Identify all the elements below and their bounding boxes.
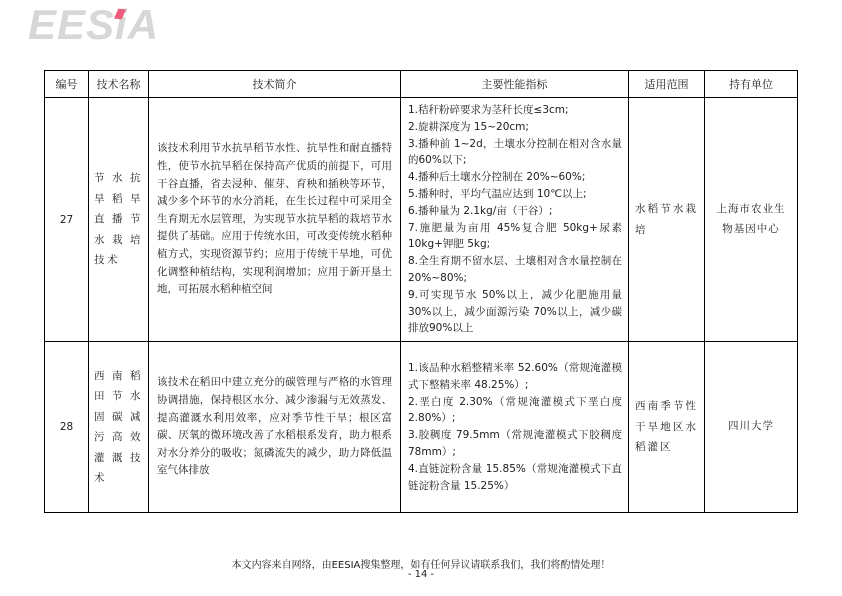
col-header-tech-name: 技术名称 [89,71,149,98]
indicator-line: 2.旋耕深度为 15~20cm; [408,119,622,136]
table-header-row: 编号 技术名称 技术简介 主要性能指标 适用范围 持有单位 [45,71,798,98]
row27-tech-name: 节水抗旱稻旱直播节水栽培技术 [89,98,149,342]
indicator-line: 7.施肥量为亩用 45%复合肥 50kg+尿素 10kg+钾肥 5kg; [408,220,622,254]
indicator-line: 4.播种后土壤水分控制在 20%~60%; [408,169,622,186]
col-header-tech-intro: 技术简介 [149,71,401,98]
eesia-logo-text: EESiA [28,1,159,48]
row27-holder: 上海市农业生物基因中心 [705,98,798,342]
row28-scope: 西南季节性干旱地区水稻灌区 [629,342,705,513]
page-number: - 14 - [0,569,842,580]
col-header-scope: 适用范围 [629,71,705,98]
eesia-logo: EESiA [28,2,159,48]
indicator-line: 9.可实现节水 50%以上，减少化肥施用量 30%以上，减少面源污染 70%以上… [408,287,622,337]
table-row: 27 节水抗旱稻旱直播节水栽培技术 该技术利用节水抗旱稻节水性、抗旱性和耐直播特… [45,98,798,342]
technology-table: 编号 技术名称 技术简介 主要性能指标 适用范围 持有单位 27 节水抗旱稻旱直… [44,70,798,513]
row28-number: 28 [45,342,89,513]
col-header-number: 编号 [45,71,89,98]
col-header-holder: 持有单位 [705,71,798,98]
row28-holder: 四川大学 [705,342,798,513]
row27-scope: 水稻节水栽培 [629,98,705,342]
indicator-line: 5.播种时，平均气温应达到 10℃以上; [408,186,622,203]
indicator-line: 8.全生育期不留水层、土壤相对含水量控制在20%~80%; [408,253,622,287]
row28-performance: 1.该品种水稻整精米率 52.60%（常规淹灌模式下整精米率 48.25%）; … [401,342,629,513]
indicator-line: 4.直链淀粉含量 15.85%（常规淹灌模式下直链淀粉含量 15.25%） [408,461,622,495]
document-page: EESiA 编号 技术名称 技术简介 主要性能指标 适用范围 持有单位 27 节… [0,0,842,596]
indicator-line: 3.播种前 1~2d，土壤水分控制在相对含水量的60%以下; [408,136,622,170]
row27-number: 27 [45,98,89,342]
col-header-performance: 主要性能指标 [401,71,629,98]
row28-tech-intro: 该技术在稻田中建立充分的碳管理与严格的水管理协调措施，保持根区水分、减少渗漏与无… [149,342,401,513]
indicator-line: 3.胶稠度 79.5mm（常规淹灌模式下胶稠度78mm）; [408,427,622,461]
table-row: 28 西南稻田节水固碳减污高效灌溉技术 该技术在稻田中建立充分的碳管理与严格的水… [45,342,798,513]
indicator-line: 6.播种量为 2.1kg/亩（干谷）; [408,203,622,220]
indicator-line: 1.该品种水稻整精米率 52.60%（常规淹灌模式下整精米率 48.25%）; [408,360,622,394]
indicator-line: 2.垩白度 2.30%（常规淹灌模式下垩白度2.80%）; [408,394,622,428]
row27-performance: 1.秸秆粉碎要求为茎秆长度≤3cm; 2.旋耕深度为 15~20cm; 3.播种… [401,98,629,342]
row28-tech-name: 西南稻田节水固碳减污高效灌溉技术 [89,342,149,513]
row27-tech-intro: 该技术利用节水抗旱稻节水性、抗旱性和耐直播特性，使节水抗旱稻在保持高产优质的前提… [149,98,401,342]
indicator-line: 1.秸秆粉碎要求为茎秆长度≤3cm; [408,102,622,119]
